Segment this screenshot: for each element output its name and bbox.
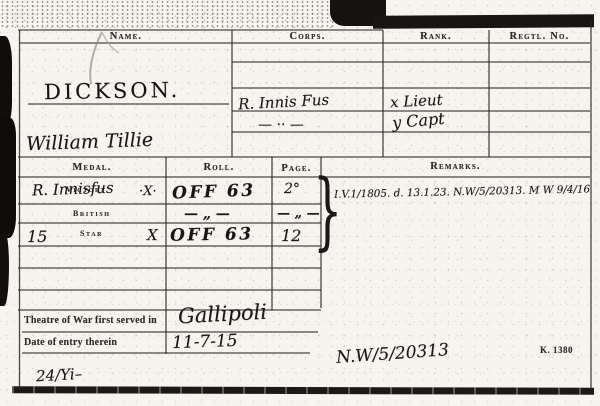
british-roll-ditto: — „ — [184, 206, 230, 222]
medal-column-header: Medal. [18, 162, 166, 173]
rank-column-header: Rank. [383, 31, 489, 42]
surname-entry: DICKSON. [44, 78, 181, 104]
corps-column-header: Corps. [232, 31, 383, 42]
medal-rows-brace: } [313, 172, 342, 248]
name-column-header: Name. [20, 31, 232, 42]
theatre-label: Theatre of War first served in [24, 315, 157, 326]
british-medal-label: British [73, 209, 111, 218]
roll-column-header: Roll. [166, 162, 272, 173]
theatre-entry: Gallipoli [177, 300, 267, 329]
star-page-entry: 12 [281, 226, 301, 245]
remarks-column-header: Remarks. [321, 161, 590, 172]
entry-date-label: Date of entry therein [24, 337, 117, 348]
victory-page-entry: 2° [284, 181, 300, 197]
victory-check-mark: ·X· [139, 184, 157, 199]
corps-ditto-entry: — ·· — [258, 117, 304, 133]
victory-written-entry: R. Innisfus [32, 179, 114, 200]
corner-note-entry: 24/Yi– [36, 365, 83, 385]
star-prefix-entry: 15 [27, 227, 47, 246]
entry-date-entry: 11-7-15 [172, 331, 238, 353]
star-medal-label: Star [80, 229, 103, 238]
star-roll-entry: OFF 63 [170, 224, 254, 245]
victory-roll-entry: OFF 63 [172, 181, 256, 204]
regtl-no-column-header: Regtl. No. [489, 31, 590, 42]
medal-index-card-scan: Name. Corps. Rank. Regtl. No. DICKSON. W… [0, 0, 600, 406]
star-check-mark: X [147, 226, 158, 244]
forenames-entry: William Tillie [26, 129, 154, 155]
rank-entry-lieut: x Lieut [390, 91, 443, 112]
form-number: K. 1380 [540, 345, 573, 355]
